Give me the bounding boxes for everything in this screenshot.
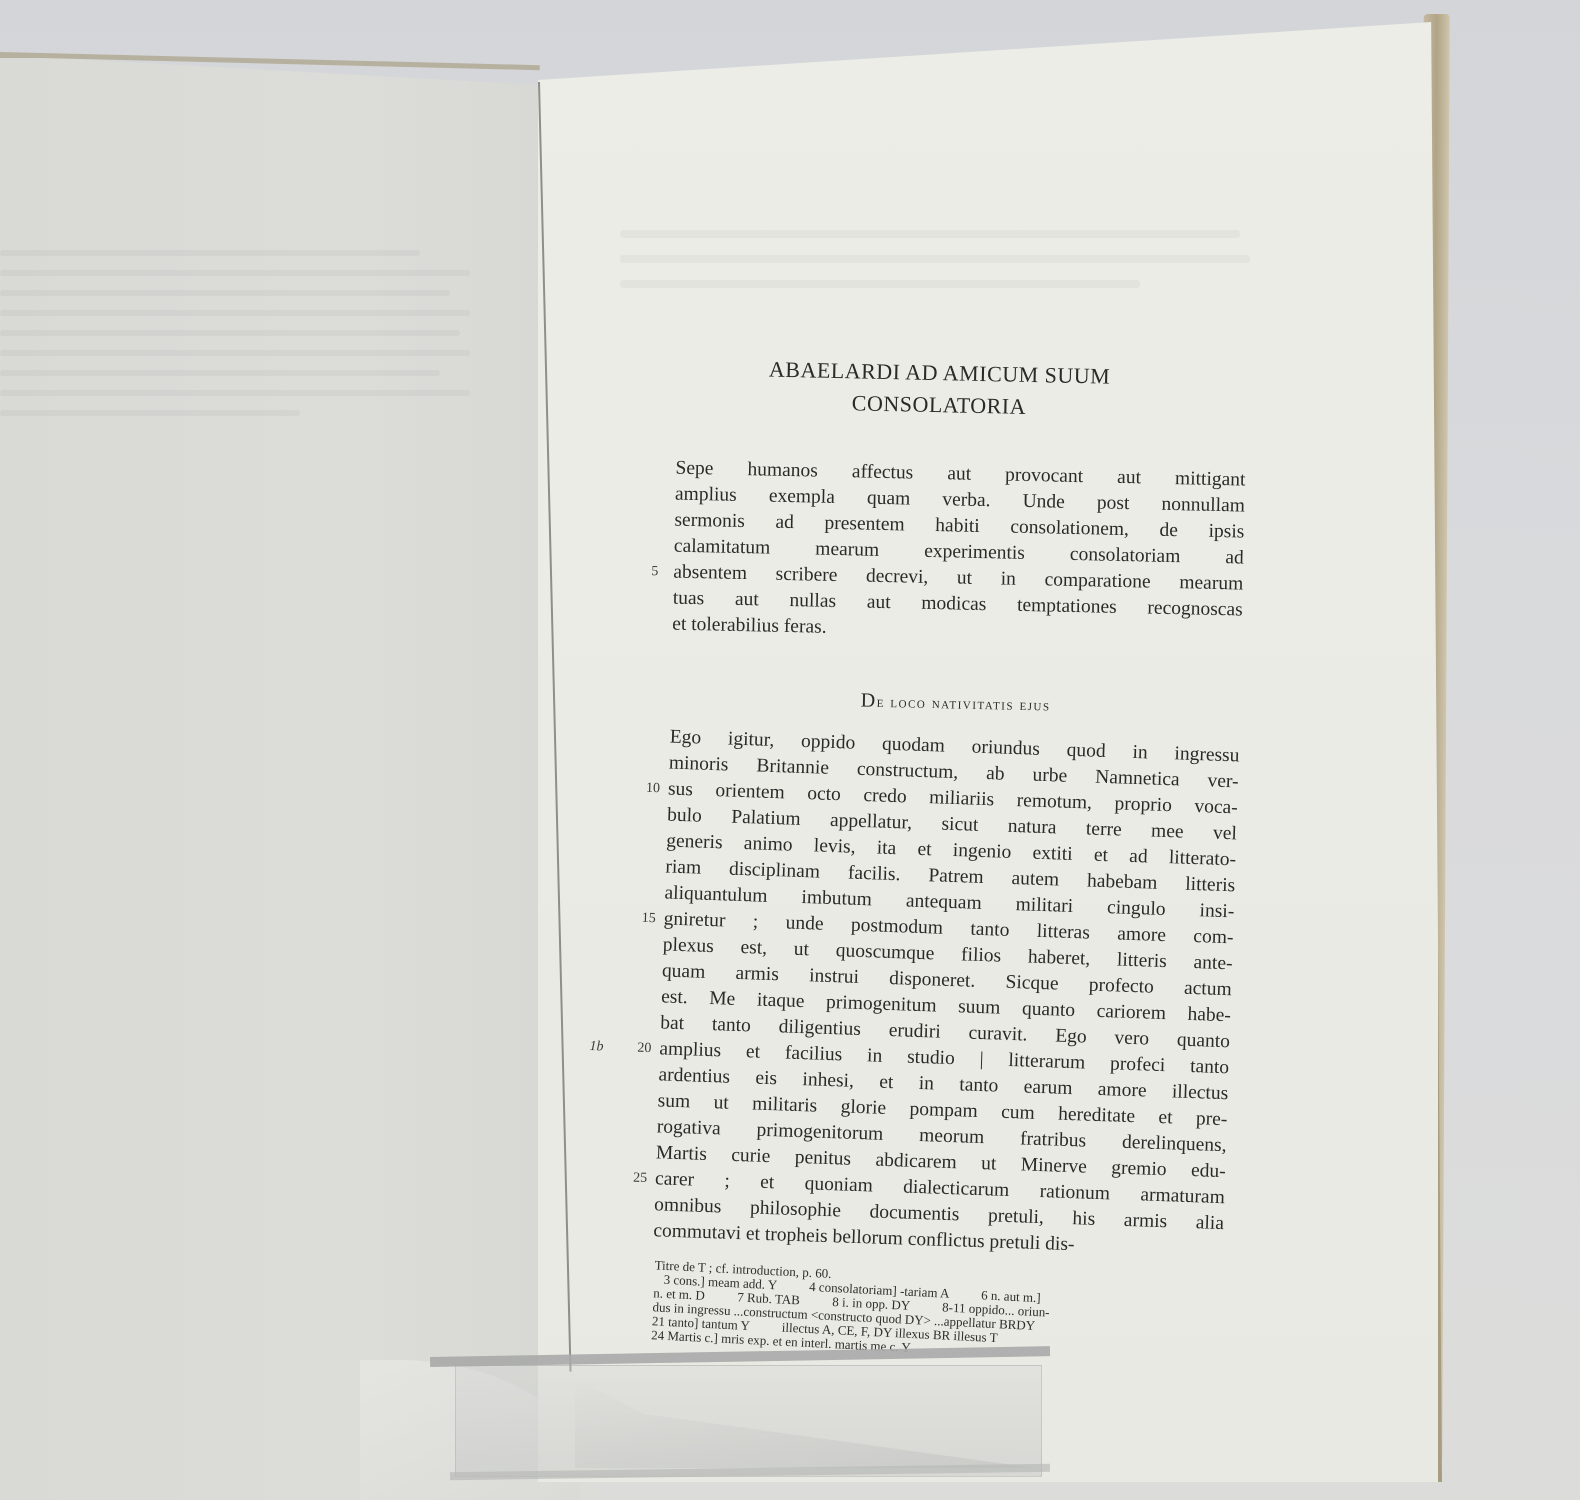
intro-paragraph: Sepe humanos affectus aut provocant aut … [672,456,1246,650]
heading-rest: e loco nativitatis ejus [877,694,1051,715]
chapter-title: ABAELARDI AD AMICUM SUUM CONSOLATORIA [659,351,1220,427]
acrylic-book-stand [455,1365,1042,1477]
section-paragraph: Ego igitur, oppido quodam oriundus quod … [653,725,1240,1264]
line-number: 20 [637,1036,652,1062]
line-number: 15 [641,906,656,932]
heading-initial: D [861,690,877,712]
line-number: 25 [633,1166,648,1192]
section-heading: De loco nativitatis ejus [671,686,1241,721]
line-text: et tolerabilius feras. [672,614,827,638]
folio-marker: 1b [589,1034,604,1060]
right-page-show-through [620,230,1260,305]
line-number: 5 [651,559,659,585]
left-page [0,55,580,1500]
page-text: ABAELARDI AD AMICUM SUUM CONSOLATORIA Se… [579,350,1260,1355]
line-number: 10 [646,776,661,802]
photo-scene: ABAELARDI AD AMICUM SUUM CONSOLATORIA Se… [0,0,1580,1500]
left-page-show-through [0,238,470,430]
